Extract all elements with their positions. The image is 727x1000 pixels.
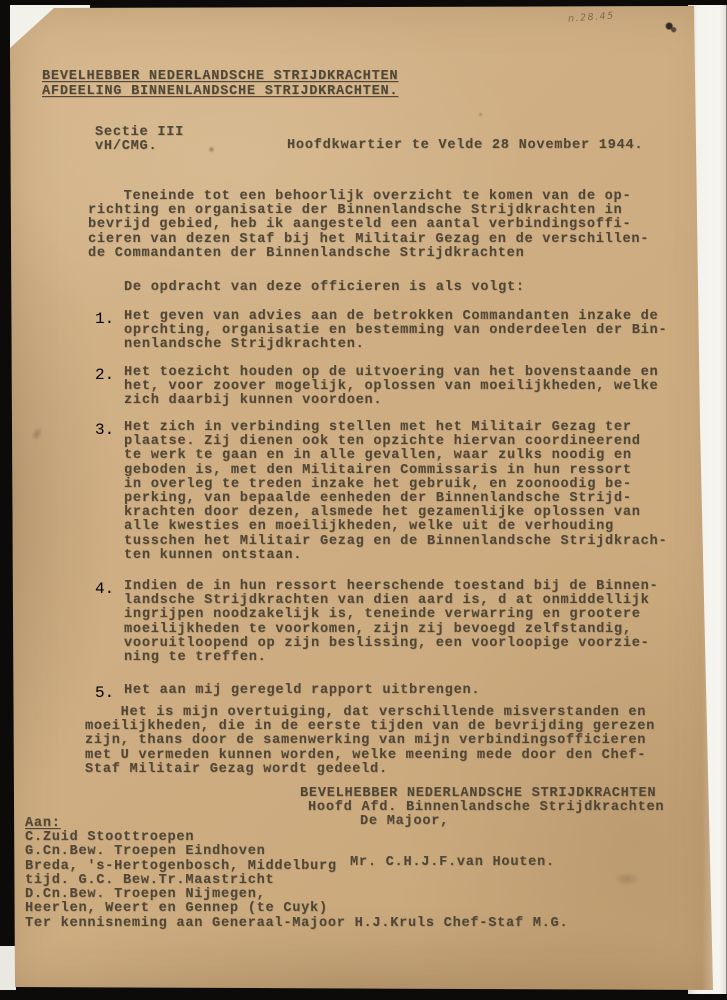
- scanner-backing-bottom-left: [0, 946, 16, 990]
- lead-sentence: De opdracht van deze officieren is als v…: [124, 281, 525, 295]
- closing-paragraph: Het is mijn overtuiging, dat verschillen…: [85, 706, 685, 777]
- paper-stain: [208, 146, 215, 153]
- signature-rank-line: De Majoor,: [360, 815, 449, 829]
- list-item-5: 5. Het aan mij geregeld rapport uitbreng…: [95, 684, 684, 702]
- dateline: Hoofdkwartier te Velde 28 November 1944.: [287, 139, 643, 153]
- list-number: 2.: [95, 366, 124, 409]
- list-item-3: 3. Het zich in verbinding stellen met he…: [95, 421, 684, 563]
- list-item-2: 2. Het toezicht houden op de uitvoering …: [95, 366, 684, 409]
- ink-blot: [662, 18, 680, 36]
- list-text: Het geven van advies aan de betrokken Co…: [124, 310, 684, 353]
- paper-stain: [478, 112, 483, 117]
- list-item-1: 1. Het geven van advies aan de betrokken…: [95, 310, 684, 353]
- intro-paragraph: Teneinde tot een behoorlijk overzicht te…: [88, 190, 680, 261]
- list-text: Indien de in hun ressort heerschende toe…: [124, 580, 684, 665]
- distribution-list: C.Zuid Stoottroepen G.Cn.Bew. Troepen Ei…: [25, 831, 337, 917]
- letterhead-line-1: BEVELHEBBER NEDERLANDSCHE STRIJDKRACHTEN: [42, 70, 398, 84]
- paper-stain: [29, 425, 45, 444]
- list-text: Het toezicht houden op de uitvoering van…: [124, 366, 684, 409]
- reference-code: vH/CMG.: [95, 140, 157, 154]
- list-number: 5.: [95, 684, 124, 702]
- list-number: 1.: [95, 310, 124, 353]
- document-page: n.28.45 BEVELHEBBER NEDERLANDSCHE STRIJD…: [10, 6, 716, 992]
- list-number: 4.: [95, 580, 124, 665]
- list-number: 3.: [95, 421, 124, 563]
- scan-frame: n.28.45 BEVELHEBBER NEDERLANDSCHE STRIJD…: [0, 0, 727, 1000]
- letterhead-line-2: AFDEELING BINNENLANDSCHE STRIJDKRACHTEN.: [42, 85, 398, 99]
- signature-name: Mr. C.H.J.F.van Houten.: [350, 856, 555, 870]
- list-text: Het zich in verbinding stellen met het M…: [124, 421, 684, 563]
- cc-line: Ter kennisneming aan Generaal-Majoor H.J…: [25, 917, 568, 931]
- paper-stain: [614, 872, 640, 886]
- list-text: Het aan mij geregeld rapport uitbrengen.: [124, 684, 684, 702]
- pencil-annotation: n.28.45: [568, 10, 615, 24]
- list-item-4: 4. Indien de in hun ressort heerschende …: [95, 580, 684, 665]
